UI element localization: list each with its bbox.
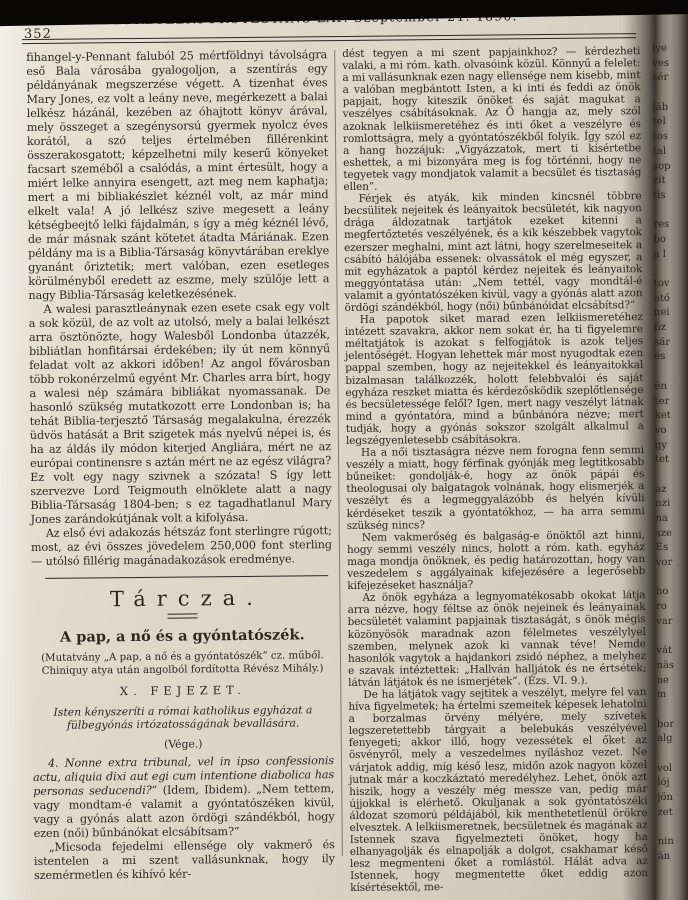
fragment: sze: [656, 527, 682, 542]
fragment: vol: [657, 762, 683, 777]
fragment: [657, 703, 683, 718]
section-heading-dash: [167, 613, 197, 618]
fragment: zít: [653, 174, 679, 189]
fragment: tet: [655, 453, 681, 468]
paragraph: fihangel-y-Pennant faluból 25 mértföldny…: [26, 48, 329, 303]
section-rule: [45, 575, 328, 579]
vege-label: (Vége.): [33, 736, 334, 752]
article-byline: (Mutatvány „A pap, a nő és a gyóntatószé…: [34, 650, 331, 678]
fragment: bo: [653, 233, 679, 248]
fragment: sár: [654, 336, 680, 351]
paragraph: Ha a női tisztaságra nézve nem forogna f…: [346, 444, 645, 532]
paragraph: „Micsoda fejedelmi ellensége oly vakmerő…: [34, 838, 335, 883]
right-column: dést tegyen a mi szent papjainkhoz? — ké…: [342, 45, 648, 896]
paragraph: A walesi parasztleánynak ezen esete csak…: [29, 300, 332, 527]
right-column-text: dést tegyen a mi szent papjainkhoz? — ké…: [342, 45, 648, 894]
fragment: az: [655, 483, 681, 498]
fragment: lye: [652, 42, 678, 57]
fragment: sop: [653, 159, 679, 174]
header-rule: [22, 33, 636, 44]
paragraph: dést tegyen a mi szent papjainkhoz? — ké…: [342, 45, 641, 193]
left-intro-text: fihangel-y-Pennant faluból 25 mértföldny…: [26, 48, 332, 569]
fragment: tal: [653, 145, 679, 160]
fragment: láb: [653, 101, 679, 116]
fragment: [654, 365, 680, 380]
fragment: [657, 747, 683, 762]
article-text: 4. Nonne extra tribunal, vel in ipso con…: [33, 754, 335, 883]
adjacent-page-fragments: lyevessérlábteltostalsopzíttisresboa lto…: [652, 42, 684, 865]
fragment: na: [655, 512, 681, 527]
gutter-shadow: lyevessérlábteltostalsopzíttisresboa lto…: [622, 0, 688, 900]
fragment: vát: [656, 644, 682, 659]
fragment: vor: [656, 556, 682, 571]
fragment: nzi: [655, 497, 681, 512]
fragment: fiz: [654, 321, 680, 336]
fragment: [658, 820, 684, 835]
paragraph: Nem vakmerőség és balgaság-e önöktől azt…: [347, 529, 646, 592]
fragment: án: [658, 850, 684, 865]
fragment: bor: [657, 718, 683, 733]
fragment: tov: [654, 277, 680, 292]
fragment: én: [654, 380, 680, 395]
fragment: jön: [657, 791, 683, 806]
fragment: ves: [652, 57, 678, 72]
paragraph: Férjek és atyák, kik minden kincsnél töb…: [344, 190, 643, 314]
section-heading-tarcza: Tárcza.: [41, 585, 332, 612]
fragment: zet: [657, 806, 683, 821]
fragment: [652, 86, 678, 101]
fragment: [655, 468, 681, 483]
left-column: fihangel-y-Pennant faluból 25 mértföldny…: [26, 48, 335, 899]
fragment: gy: [655, 438, 681, 453]
fragment: res: [653, 218, 679, 233]
chapter-heading: X. FEJEZET.: [32, 682, 333, 699]
fragment: tel: [653, 115, 679, 130]
fragment: m: [657, 688, 683, 703]
paragraph: De ha látjátok vagy sejtitek a veszélyt,…: [348, 686, 648, 894]
fragment: a l: [654, 248, 680, 263]
fragment: nei: [654, 306, 680, 321]
page-content: 352 DEBRECZENI PROTESTÁNS LAP. Szeptembe…: [0, 0, 688, 900]
fragment: ket: [655, 409, 681, 424]
fragment: ató: [654, 292, 680, 307]
fragment: [656, 629, 682, 644]
fragment: sér: [652, 71, 678, 86]
fragment: és: [654, 350, 680, 365]
fragment: [653, 203, 679, 218]
chapter-subtitle: Isten kényszeríti a római katholikus egy…: [40, 703, 325, 732]
fragment: ter: [655, 394, 681, 409]
fragment: ne: [657, 673, 683, 688]
column-divider: [334, 50, 343, 856]
fragment: vo: [655, 424, 681, 439]
paragraph: Az első évi adakozás hétszáz font sterli…: [31, 524, 332, 569]
article-title: A pap, a nő és a gyóntatószék.: [32, 626, 333, 646]
fragment: [654, 262, 680, 277]
fragment: ho: [656, 585, 682, 600]
fragment: näs: [656, 659, 682, 674]
paragraph: 4. Nonne extra tribunal, vel in ipso con…: [33, 754, 335, 841]
fragment: tis: [653, 189, 679, 204]
fragment: És: [656, 541, 682, 556]
fragment: ro: [656, 600, 682, 615]
fragment: alg: [657, 732, 683, 747]
fragment: nin: [658, 835, 684, 850]
fragment: tos: [653, 130, 679, 145]
paragraph: Az önök egyháza a legnyomatékosabb okoka…: [347, 589, 646, 689]
fragment: var: [656, 615, 682, 630]
columns: fihangel-y-Pennant faluból 25 mértföldny…: [26, 45, 648, 899]
fragment: lój: [657, 776, 683, 791]
fragment: [656, 571, 682, 586]
paragraph: Ha papotok siket marad ezen lelkiismeret…: [345, 311, 644, 447]
